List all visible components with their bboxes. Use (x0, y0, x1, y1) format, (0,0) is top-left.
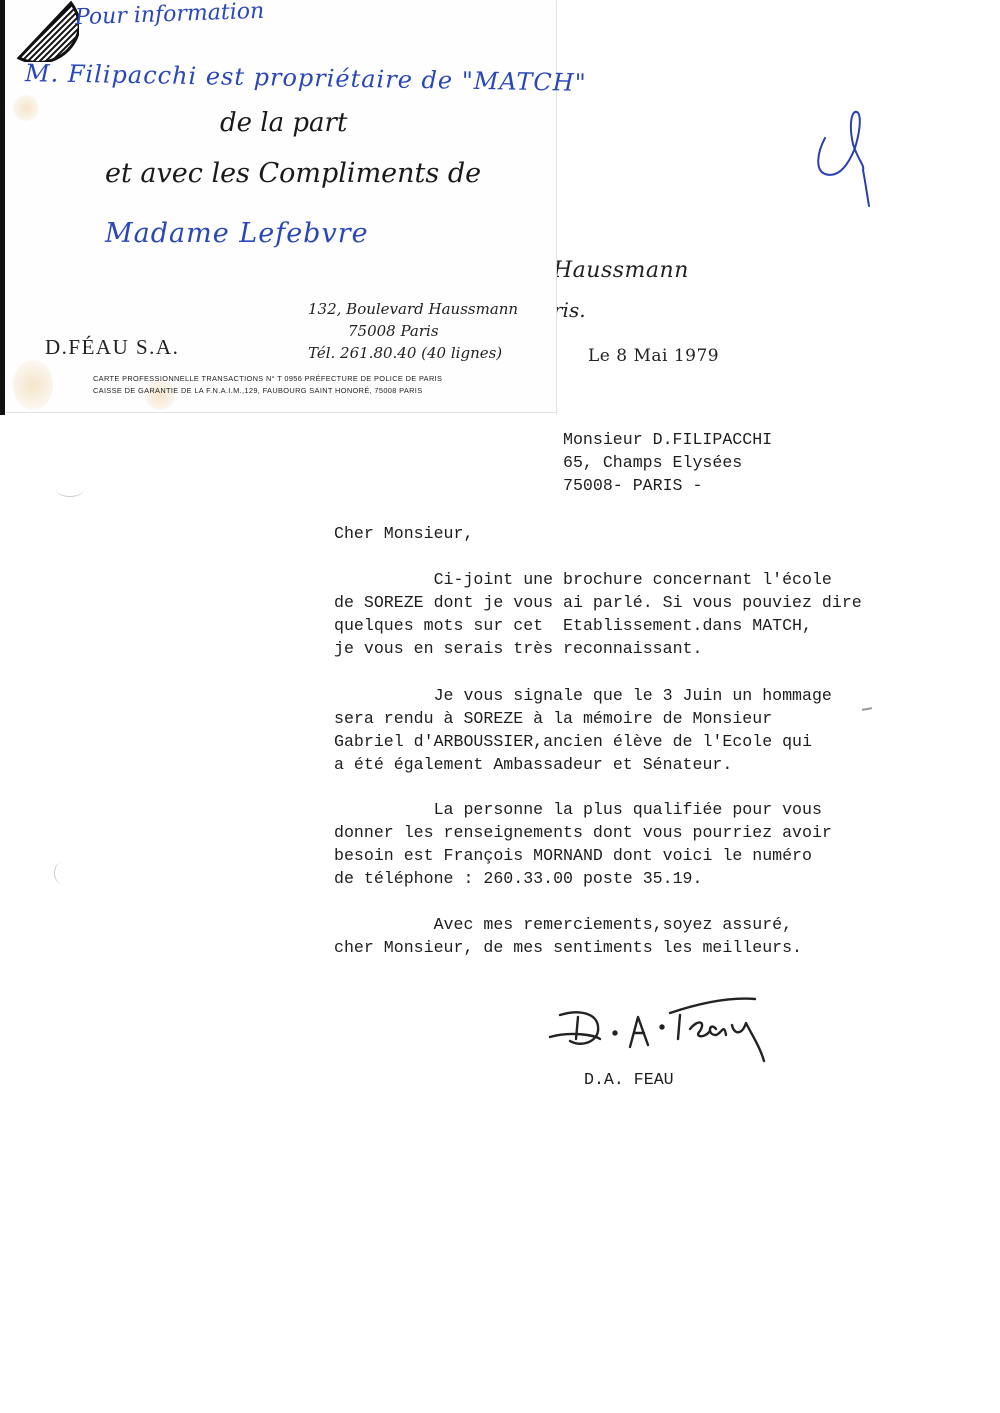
company-name: D.FÉAU S.A. (45, 335, 179, 360)
card-address-city: 75008 Paris (348, 322, 439, 340)
handwritten-sender-name: Madame Lefebvre (105, 218, 369, 249)
card-address-phone: Tél. 261.80.40 (40 lignes) (308, 344, 502, 362)
card-printed-line2: et avec les Compliments de (105, 158, 481, 189)
letterhead-city-fragment: ris. (553, 298, 586, 322)
recipient-street: 65, Champs Elysées (563, 453, 742, 472)
letterhead-street-fragment: Haussmann (553, 258, 689, 283)
paper-speck (862, 707, 872, 711)
paper-stain (145, 380, 175, 410)
recipient-name: Monsieur D.FILIPACCHI (563, 430, 772, 449)
paper-stain (13, 360, 53, 410)
paper-clip-icon (13, 0, 79, 62)
punch-hole-mark (54, 862, 71, 884)
compliment-card: Pour information M. Filipacchi est propr… (5, 0, 556, 412)
handwritten-note-line1: Pour information (75, 0, 265, 30)
punch-hole-mark (56, 482, 84, 497)
card-edge-shadow (556, 0, 557, 415)
letter-date: Le 8 Mai 1979 (588, 346, 719, 366)
typed-signature-name: D.A. FEAU (584, 1068, 674, 1091)
card-printed-line1: de la part (220, 108, 347, 138)
recipient-city: 75008- PARIS - (563, 476, 702, 495)
handwritten-signature-icon (540, 995, 780, 1065)
card-legal-line1: CARTE PROFESSIONNELLE TRANSACTIONS N° T … (93, 374, 442, 383)
card-address-street: 132, Boulevard Haussmann (308, 300, 518, 318)
body-paragraph-2: Je vous signale que le 3 Juin un hommage… (334, 684, 832, 776)
recipient-address: Monsieur D.FILIPACCHI 65, Champs Elysées… (563, 428, 772, 497)
salutation: Cher Monsieur, (334, 522, 473, 545)
body-paragraph-1: Ci-joint une brochure concernant l'école… (334, 568, 862, 660)
card-legal-line2: CAISSE DE GARANTIE DE LA F.N.A.I.M.,129,… (93, 386, 423, 395)
body-paragraph-3: La personne la plus qualifiée pour vous … (334, 798, 832, 890)
closing-paragraph: Avec mes remerciements,soyez assuré, che… (334, 913, 802, 959)
paper-stain (13, 95, 39, 121)
handwritten-note-line2: M. Filipacchi est propriétaire de "MATCH… (25, 59, 587, 97)
handwritten-initial-icon (815, 108, 875, 208)
